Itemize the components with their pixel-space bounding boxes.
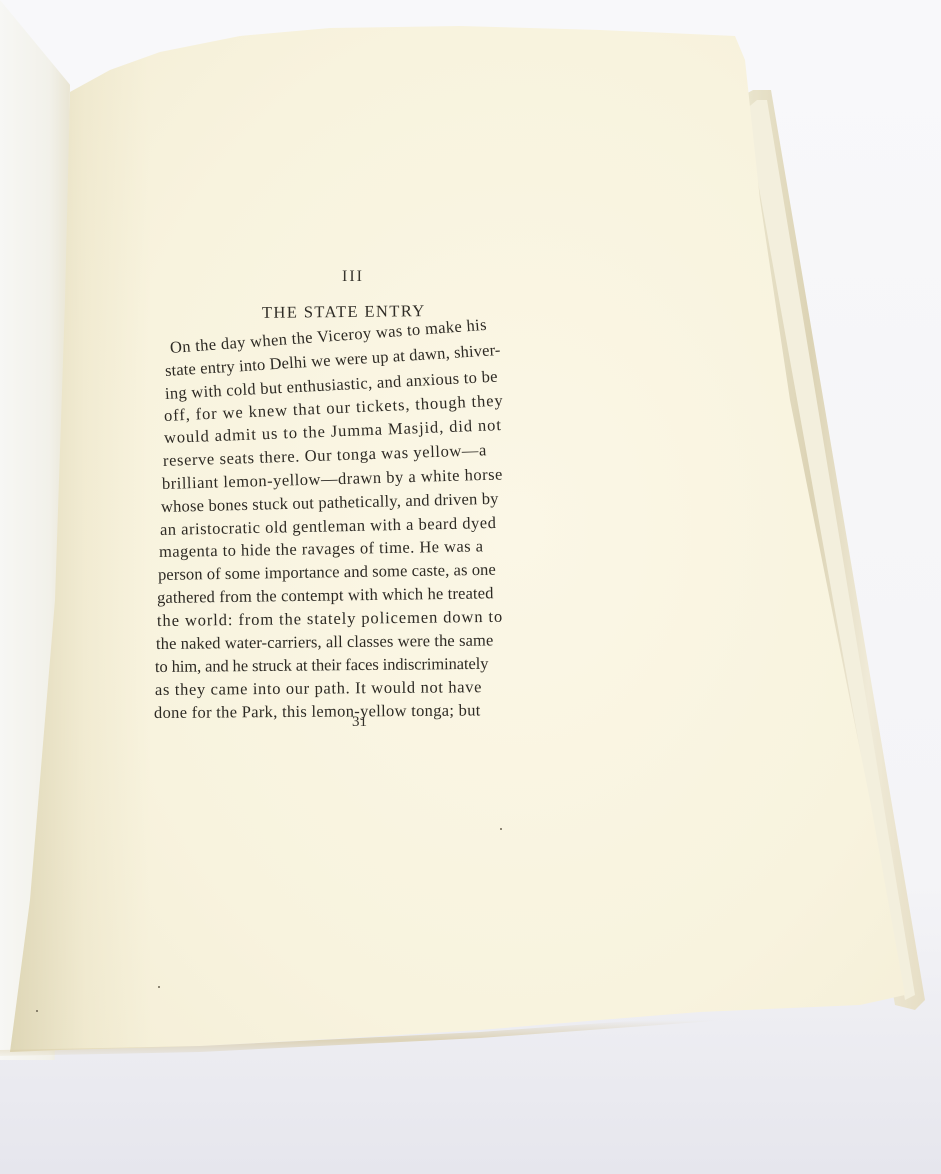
paper-speck — [158, 986, 160, 988]
paper-speck — [500, 828, 502, 830]
body-line: done for the Park, this lemon-yellow ton… — [154, 700, 481, 723]
page-number: 31 — [352, 714, 367, 731]
book-page: III THE STATE ENTRY On the day when the … — [0, 0, 941, 1174]
paper-speck — [36, 1010, 38, 1012]
body-line: to him, and he struck at their faces ind… — [155, 654, 488, 677]
body-line: the naked water-carriers, all classes we… — [156, 630, 494, 654]
chapter-number: III — [342, 268, 364, 286]
body-line: as they came into our path. It would not… — [155, 677, 482, 700]
chapter-title: THE STATE ENTRY — [262, 301, 426, 323]
body-line: the world: from the stately policemen do… — [157, 607, 503, 631]
